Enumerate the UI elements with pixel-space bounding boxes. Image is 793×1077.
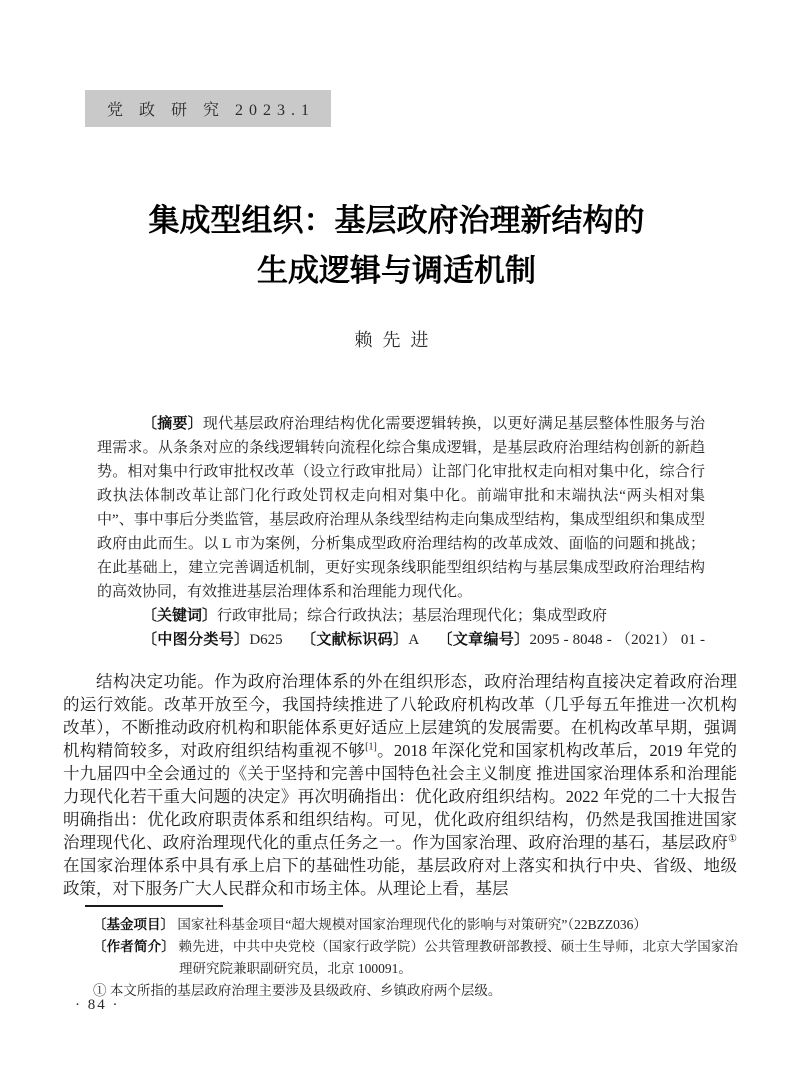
author-name: 赖先进 — [0, 326, 793, 352]
article-title-line1: 集成型组织：基层政府治理新结构的 — [0, 196, 793, 246]
abstract-label: 〔摘要〕 — [142, 415, 203, 432]
abstract-paragraph: 〔摘要〕现代基层政府治理结构优化需要逻辑转换，以更好满足基层整体性服务与治理需求… — [97, 412, 705, 604]
keywords-label: 〔关键词〕 — [142, 607, 217, 624]
journal-page: 党 政 研 究 2023.1 集成型组织：基层政府治理新结构的 生成逻辑与调适机… — [0, 0, 793, 1077]
clc-value: D625 — [249, 632, 282, 648]
footnote-fund: 〔基金项目〕 国家社科基金项目“超大规模对国家治理现代化的影响与对策研究”（22… — [93, 914, 738, 936]
fund-text: 国家社科基金项目“超大规模对国家治理现代化的影响与对策研究”（22BZZ036） — [177, 917, 646, 932]
article-title-line2: 生成逻辑与调适机制 — [0, 246, 793, 296]
author-bio-text: 赖先进，中共中央党校（国家行政学院）公共管理教研部教授、硕士生导师，北京大学国家… — [178, 939, 738, 976]
fund-label: 〔基金项目〕 — [93, 917, 174, 932]
footnote-author: 〔作者简介〕 赖先进，中共中央党校（国家行政学院）公共管理教研部教授、硕士生导师… — [93, 936, 738, 980]
author-bio-label: 〔作者简介〕 — [93, 939, 175, 954]
front-matter: 〔摘要〕现代基层政府治理结构优化需要逻辑转换，以更好满足基层整体性服务与治理需求… — [97, 412, 705, 654]
clc-label: 〔中图分类号〕 — [142, 631, 249, 648]
footnote-divider — [85, 905, 223, 907]
keywords-paragraph: 〔关键词〕行政审批局；综合行政执法；基层治理现代化；集成型政府 — [97, 604, 705, 628]
doc-code-label: 〔文献标识码〕 — [301, 631, 409, 648]
body-superscript: ① — [728, 834, 737, 845]
footnotes: 〔基金项目〕 国家社科基金项目“超大规模对国家治理现代化的影响与对策研究”（22… — [93, 914, 738, 1006]
article-id-label: 〔文章编号〕 — [437, 631, 529, 648]
body-text-segment: 在国家治理体系中具有承上启下的基础性功能，基层政府对上落实和执行中央、省级、地级… — [63, 856, 737, 898]
page-number: · 84 · — [75, 997, 120, 1014]
article-title: 集成型组织：基层政府治理新结构的 生成逻辑与调适机制 — [0, 196, 793, 296]
body-paragraph: 结构决定功能。作为政府治理体系的外在组织形态，政府治理结构直接决定着政府治理的运… — [63, 670, 737, 900]
body-text: 结构决定功能。作为政府治理体系的外在组织形态，政府治理结构直接决定着政府治理的运… — [63, 670, 737, 904]
body-superscript: [1] — [365, 742, 377, 753]
journal-header-badge: 党 政 研 究 2023.1 — [85, 90, 331, 127]
footnote-note1: ① 本文所指的基层政府治理主要涉及县级政府、乡镇政府两个层级。 — [93, 980, 738, 1002]
keywords-text: 行政审批局；综合行政执法；基层治理现代化；集成型政府 — [217, 608, 607, 624]
abstract-text: 现代基层政府治理结构优化需要逻辑转换，以更好满足基层整体性服务与治理需求。从条条… — [97, 416, 705, 600]
doc-code-value: A — [408, 632, 419, 648]
classification-paragraph: 〔中图分类号〕D625〔文献标识码〕A〔文章编号〕2095 - 8048 - （… — [97, 628, 705, 654]
